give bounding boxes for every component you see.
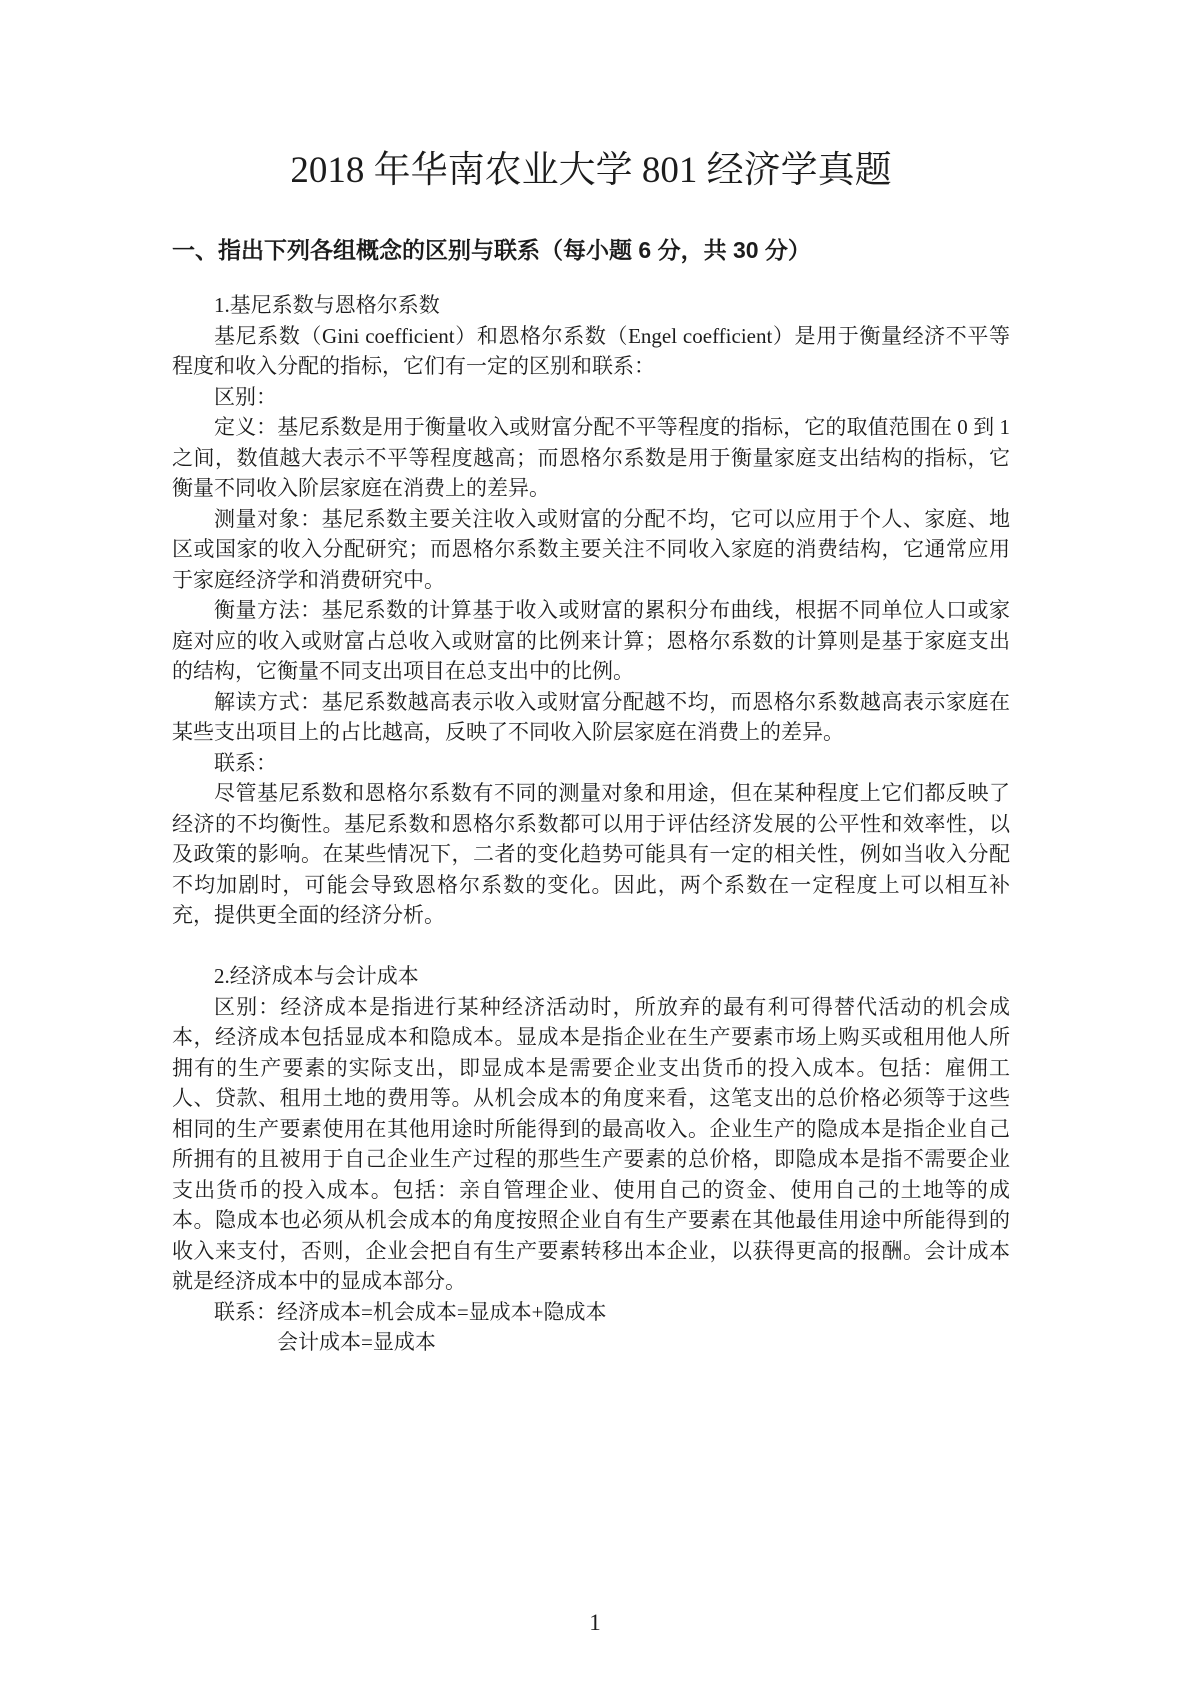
formula-line: 联系：经济成本=机会成本=显成本+隐成本 [172, 1297, 1010, 1328]
paragraph: 衡量方法：基尼系数的计算基于收入或财富的累积分布曲线，根据不同单位人口或家庭对应… [172, 595, 1010, 687]
paragraph: 解读方式：基尼系数越高表示收入或财富分配越不均，而恩格尔系数越高表示家庭在某些支… [172, 687, 1010, 748]
question-1-subtitle: 1.基尼系数与恩格尔系数 [172, 290, 1010, 321]
document-body: 1.基尼系数与恩格尔系数基尼系数（Gini coefficient）和恩格尔系数… [172, 290, 1010, 1358]
section-1-heading: 一、指出下列各组概念的区别与联系（每小题 6 分，共 30 分） [172, 234, 1010, 266]
paragraph: 联系： [172, 748, 1010, 779]
blank-line [172, 931, 1010, 962]
question-2-subtitle: 2.经济成本与会计成本 [172, 961, 1010, 992]
page-number: 1 [0, 1608, 1190, 1638]
paragraph: 尽管基尼系数和恩格尔系数有不同的测量对象和用途，但在某种程度上它们都反映了经济的… [172, 778, 1010, 931]
paragraph: 定义：基尼系数是用于衡量收入或财富分配不平等程度的指标，它的取值范围在 0 到 … [172, 412, 1010, 504]
document-title: 2018 年华南农业大学 801 经济学真题 [172, 148, 1010, 194]
paragraph: 测量对象：基尼系数主要关注收入或财富的分配不均，它可以应用于个人、家庭、地区或国… [172, 504, 1010, 596]
paragraph: 区别：经济成本是指进行某种经济活动时，所放弃的最有利可得替代活动的机会成本，经济… [172, 992, 1010, 1297]
document-content: 2018 年华南农业大学 801 经济学真题 一、指出下列各组概念的区别与联系（… [172, 0, 1010, 1358]
formula-line: 会计成本=显成本 [172, 1327, 1010, 1358]
document-page: 2018 年华南农业大学 801 经济学真题 一、指出下列各组概念的区别与联系（… [0, 0, 1190, 1683]
paragraph: 区别： [172, 382, 1010, 413]
paragraph: 基尼系数（Gini coefficient）和恩格尔系数（Engel coeff… [172, 321, 1010, 382]
